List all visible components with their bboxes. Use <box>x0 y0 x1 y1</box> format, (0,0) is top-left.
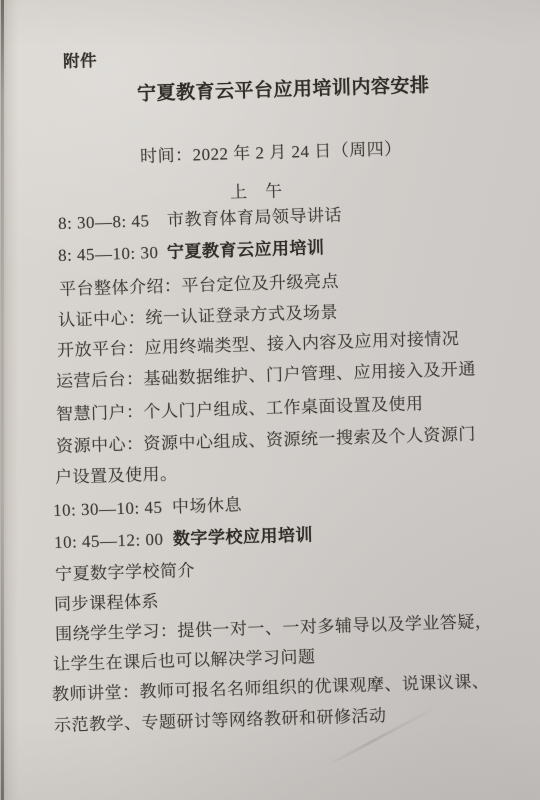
schedule-activity: 市教育体育局领导讲话 <box>167 206 342 230</box>
topic-line-cloud: 平台整体介绍：平台定位及升级亮点 <box>59 267 340 300</box>
schedule-row: 8: 30—8: 45市教育体育局领导讲话 <box>58 201 343 234</box>
topic-line-cloud: 认证中心：统一认证登录方式及场景 <box>58 298 339 331</box>
topic-line-cloud: 户设置及使用。 <box>55 459 178 488</box>
schedule-time: 8: 30—8: 45 <box>58 211 168 234</box>
topic-line-cloud: 开放平台：应用终端类型、接入内容及应用对接情况 <box>57 324 460 361</box>
document-photo: 附件 宁夏教育云平台应用培训内容安排 时间：2022 年 2 月 24 日（周四… <box>0 0 540 800</box>
schedule-activity: 宁夏教育云应用培训 <box>167 238 325 262</box>
schedule-time: 8: 45—10: 30 <box>58 243 168 266</box>
document-title: 宁夏教育云平台应用培训内容安排 <box>137 70 430 106</box>
schedule-row: 8: 45—10: 30宁夏教育云应用培训 <box>58 233 325 266</box>
topic-line-digital: 示范教学、专题研讨等网络教研和研修活动 <box>54 701 387 736</box>
paper-edge-line <box>1 0 4 800</box>
schedule-activity: 中场休息 <box>172 495 243 516</box>
topic-line-cloud: 智慧门户：个人门户组成、工作桌面设置及使用 <box>56 389 424 425</box>
topic-line-cloud: 运营后台：基础数据维护、门户管理、应用接入及开通 <box>56 355 477 392</box>
topic-line-digital: 宁夏数字学校简介 <box>55 556 196 585</box>
date-line: 时间：2022 年 2 月 24 日（周四） <box>140 134 402 167</box>
schedule-row: 10: 30—10: 45中场休息 <box>53 490 243 521</box>
topic-line-digital: 让学生在课后也可以解决学习问题 <box>53 642 316 675</box>
schedule-time: 10: 30—10: 45 <box>53 497 173 521</box>
session-heading: 上 午 <box>230 176 283 203</box>
attachment-label: 附件 <box>63 47 98 72</box>
topic-line-digital: 同步课程体系 <box>54 587 160 615</box>
topic-line-cloud: 资源中心：资源中心组成、资源统一搜索及个人资源门 <box>56 420 477 457</box>
schedule-time: 10: 45—12: 00 <box>54 529 174 553</box>
schedule-activity: 数字学校应用培训 <box>173 525 314 548</box>
schedule-row: 10: 45—12: 00数字学校应用培训 <box>54 520 314 553</box>
